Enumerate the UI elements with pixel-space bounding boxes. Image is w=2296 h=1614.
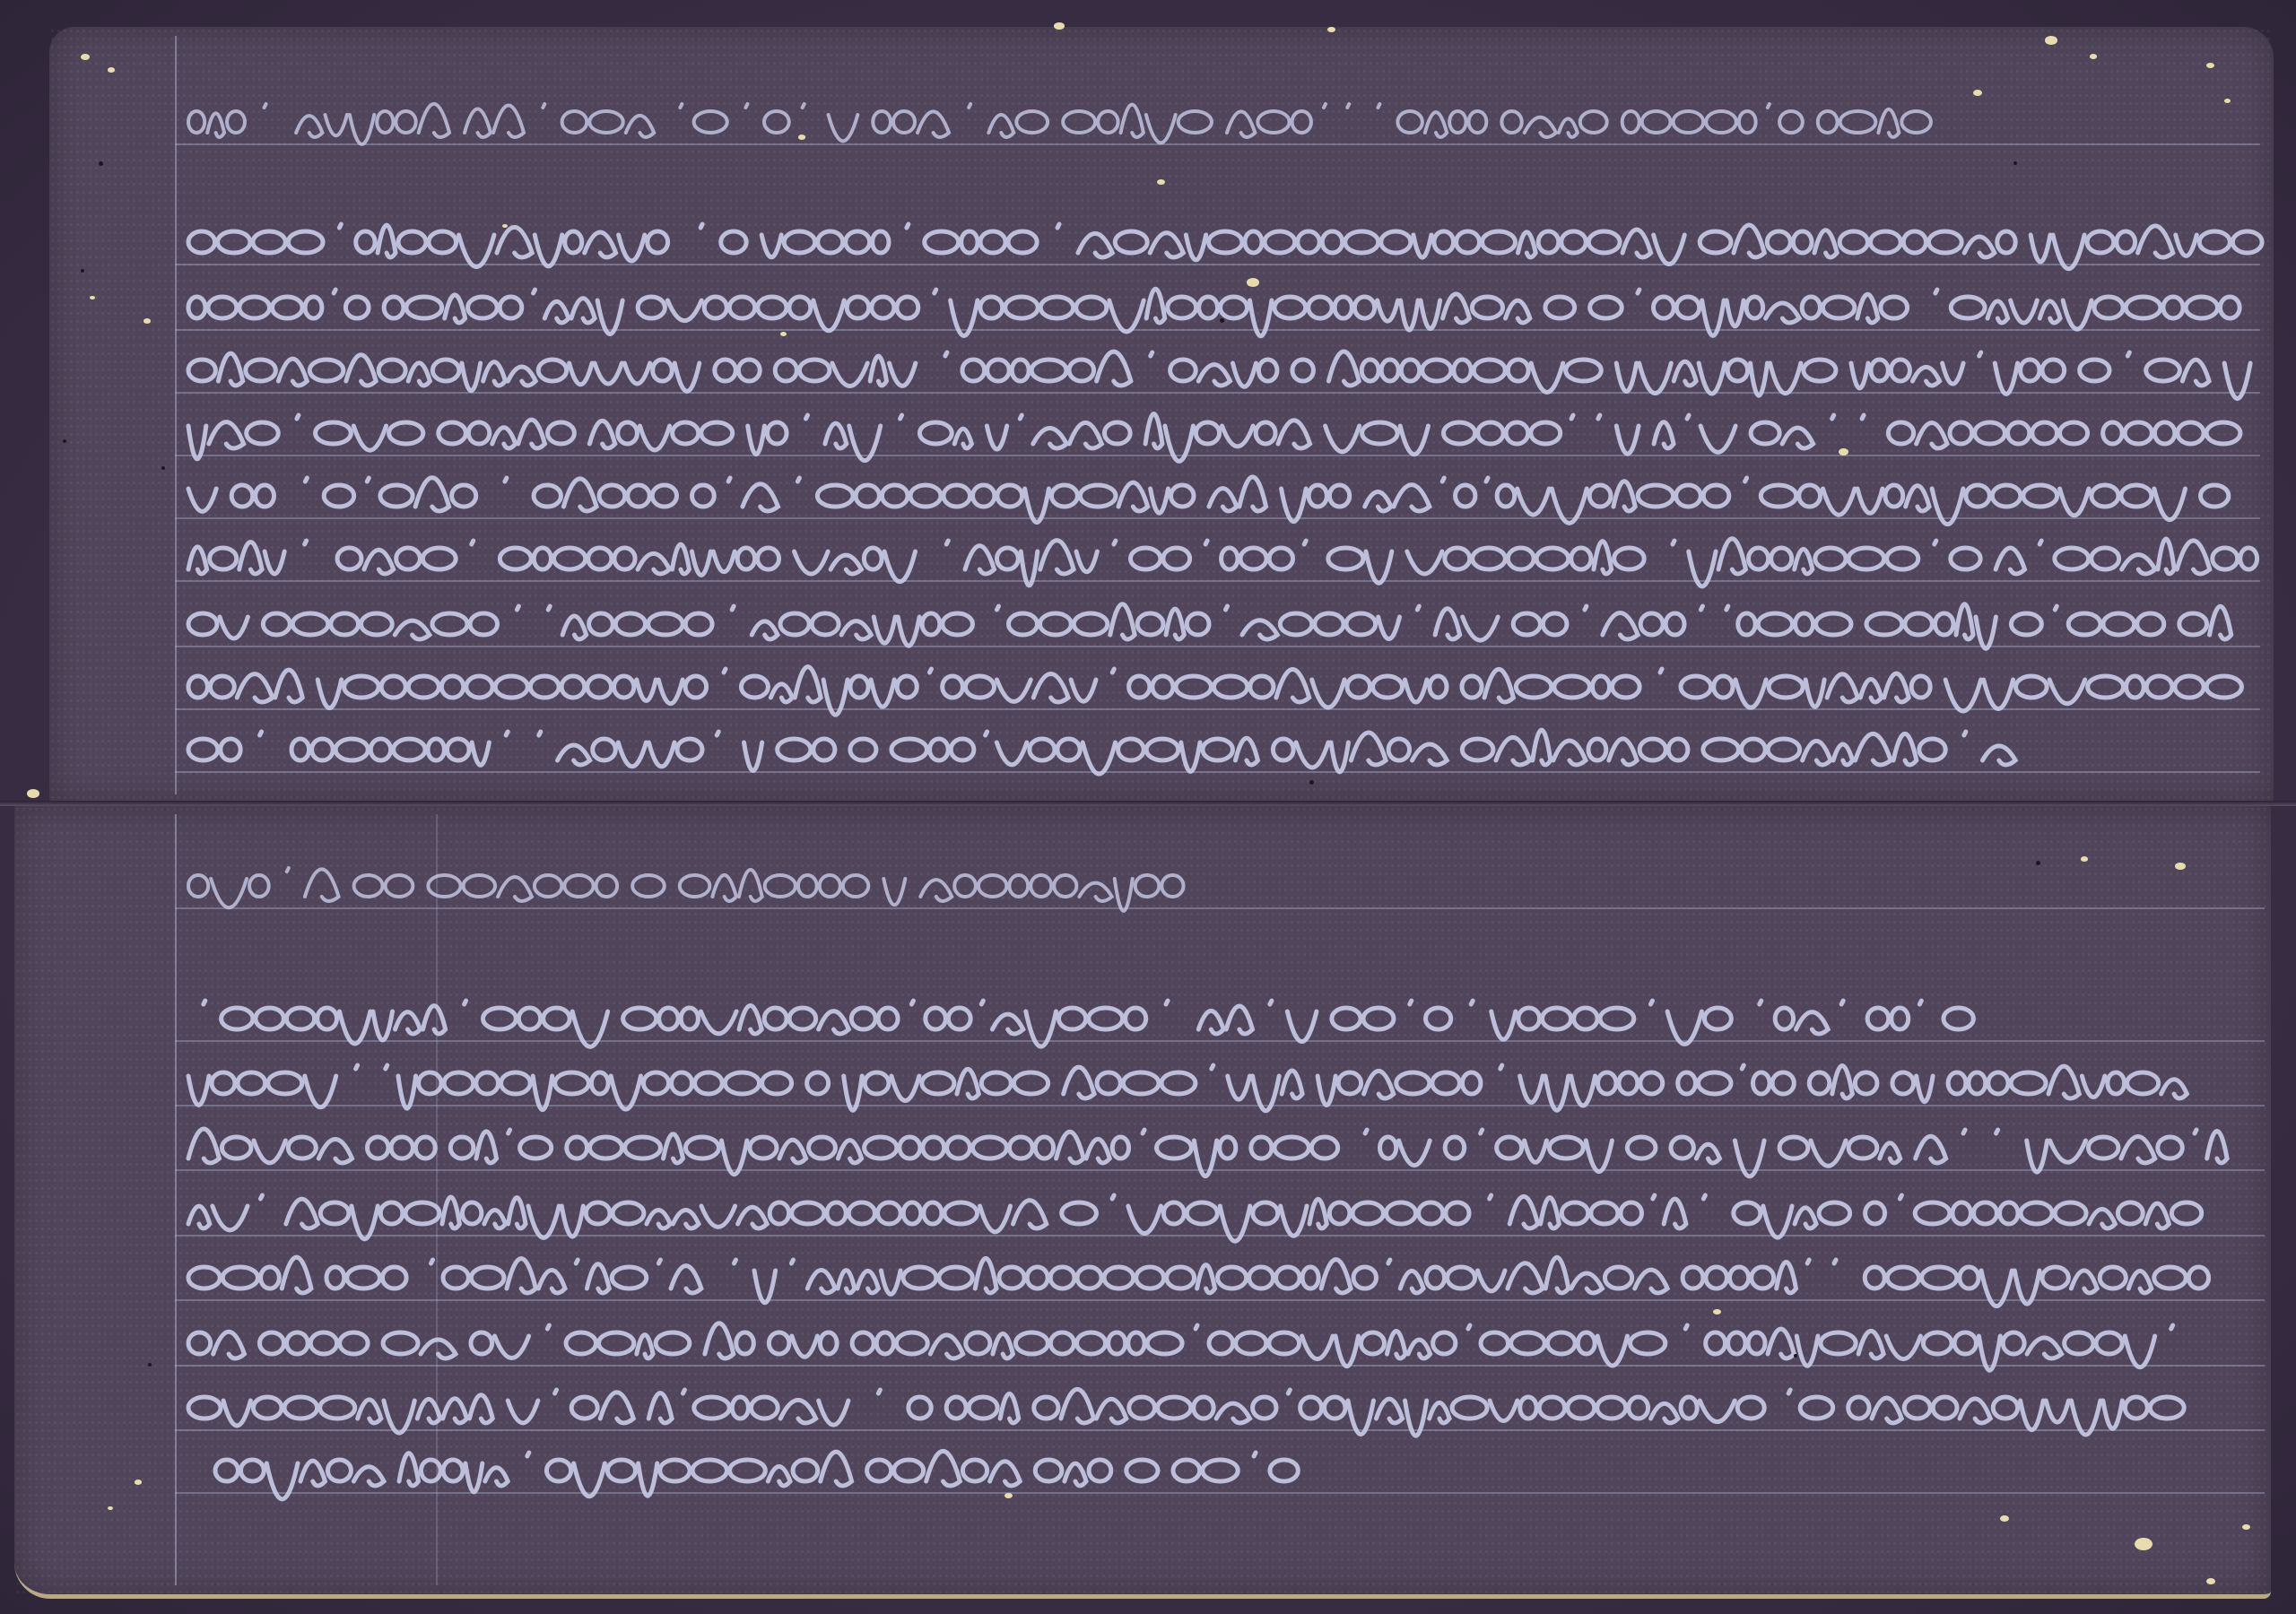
paper-speck xyxy=(2000,1515,2009,1522)
paper-pit xyxy=(1220,318,1224,323)
line-transcription: ဓမ္မကထာ ဝါဒ ပြည်ကြီး သာ ရ ဝ ဆော ရာ ချိုခ… xyxy=(188,532,1756,585)
manuscript-line: ဧကာ ဆိုး ပျံ နဲ့ ရှေ့ ရွာ ဇယ် ကြော်ငြာ ရ… xyxy=(188,462,2242,525)
paper-speck xyxy=(81,54,90,60)
paper-speck xyxy=(2135,1538,2152,1550)
paper-speck xyxy=(798,134,805,140)
line-transcription: ကျော်ကြီး ဘာ နိုင် ဝိ ကြိုး ကြော ဝေမ ရှင… xyxy=(188,859,918,912)
manuscript-line: နိုင်ငံ ကျော် ရှုဆိုး ပြိုင် ရွာ ဥဗန္ဓ ဘ… xyxy=(188,653,2242,716)
paper-pit xyxy=(81,269,84,273)
line-transcription: နိုင်ငံ ပြည်မြို့ တော်သူ ရွာ သောက သည်ပွဲ… xyxy=(188,406,1804,459)
line-transcription: ဘရဇ္ဇာဝီ မယ်တော်ဘုရား ဝါဒ ဆင်ဆိုး ကာရွာ … xyxy=(188,215,1891,268)
manuscript-line: သမင်ကြီး မဟာ ရှုနဲ့ ရာဇ ရဂေါ် ဆုလှမ်း ပု… xyxy=(188,273,2242,336)
line-transcription: သမင်ကြီး မဟာ ရှုနဲ့ ရာဇ ရဂေါ် ဆုလှမ်း ပု… xyxy=(188,281,1970,334)
paper-speck xyxy=(1839,448,1848,456)
paper-pit xyxy=(1309,780,1314,785)
paper-speck xyxy=(2045,36,2057,45)
margin-rule xyxy=(175,36,177,794)
manuscript-line: အကြောင်း ကျော် သော့ ဝွေ့ ဥ ပုဗ္ဗ ကျော် ခ… xyxy=(188,1049,2170,1112)
manuscript-line: မ ပြော် မြိ ပိုဆ ဝပ်ပွဲ လ ပြည့် ကြော်ငြာ… xyxy=(188,590,2242,653)
margin-rule xyxy=(175,814,177,1585)
paper-speck xyxy=(2224,99,2231,103)
paper-pit xyxy=(63,439,66,443)
manuscript-line: သခင် ကြိုး ကာ ဦး ဝတ္တ ဂုဏ်ရှိ ပြုဝိ ဓမ္မ… xyxy=(188,716,1991,778)
line-transcription: မ ပြော် မြိ ပိုဆ ဝပ်ပွဲ လ ပြည့် ကြော်ငြာ… xyxy=(188,597,1795,650)
manuscript-line: ဗေဘာ ဘဘ သဘ ရှုဂါ တော်ကြီး ဖြစ်ငွေ ဖလင် ပ… xyxy=(188,336,2242,399)
line-transcription: သခင် ကြိုး ကာ ဦး ဝတ္တ ဂုဏ်ရှိ ပြုဝိ ဓမ္မ… xyxy=(188,723,1848,776)
line-transcription: အကြောင်း ကျော် သော့ ဝွေ့ ဥ ပုဗ္ဗ ကျော် ခ… xyxy=(188,1056,2092,1109)
manuscript-line: ဝေ ဒွာ ဆ ဝေ ကော မယ် ကျွ ဘ ဆင် ဆိုး ဝင် က… xyxy=(188,1309,2161,1372)
paper-pit xyxy=(2013,161,2017,165)
paper-pit xyxy=(99,161,103,166)
paper-speck xyxy=(2090,54,2097,59)
manuscript-line: ကျွန်ုပ်ကြီး သုဒ္ဓိ ဖြစ် ဝိ ကျွ ဝါ ဗ ဖြစ… xyxy=(188,1374,2179,1436)
line-transcription: နိုင်ငံ ကျော် ရှုဆိုး ပြိုင် ရွာ ဥဗန္ဓ ဘ… xyxy=(188,660,1629,713)
manuscript-line: ဂုဏ်တော် ဓမ္ဗ ပျော် ဝဂ္ဂ ဗုဒ္ဓ ဖြစ် အင် … xyxy=(188,1114,2215,1176)
folio-heading: ကျော်ကြီး ဘာ နိုင် ဝိ ကြိုး ကြော ဝေမ ရှင… xyxy=(188,852,1166,915)
folio-heading: ဝသိုရ ဥတုရာနိုဝမ်ပါ ကျွန်ုပ်ကြီး မြို့သမ… xyxy=(188,88,1910,151)
manuscript-line: ဓမ္မကထာ ဝါဒ ပြည်ကြီး သာ ရ ဝ ဆော ရာ ချိုခ… xyxy=(188,525,2242,587)
line-transcription: စံတော် မြင်း ကျောင်း ကြွား ခုနာ ဝိ ဖြစ် … xyxy=(188,992,1996,1045)
line-transcription: ဝဝါ သော ကြော လျှာ ဝိ ကျော် ကော ဝေ လို အာ… xyxy=(188,1186,1931,1239)
paper-speck xyxy=(2081,856,2088,862)
page-fold xyxy=(0,801,2296,806)
manuscript-line: ဘရဇ္ဇာဝီ မယ်တော်ဘုရား ဝါဒ ဆင်ဆိုး ကာရွာ … xyxy=(188,208,2242,271)
manuscript-line: စံတော် မြင်း ကျောင်း ကြွား ခုနာ ဝိ ဖြစ် … xyxy=(188,985,1946,1047)
manuscript-line: ပုဒ္ဒေး သော ကာ ချစ် သော့ ရှုကျော် ဥဇ္ဇ ဝ… xyxy=(188,1244,2197,1306)
paper-speck xyxy=(2206,1578,2215,1584)
line-transcription: ဝေ ဒွာ ဆ ဝေ ကော မယ် ကျွ ဘ ဆင် ဆိုး ဝင် က… xyxy=(188,1316,1820,1369)
paper-pit xyxy=(148,1363,152,1367)
paper-speck xyxy=(1247,278,1259,287)
paper-pit xyxy=(1794,1354,1797,1358)
line-transcription: ဝသိုရ ဥတုရာနိုဝမ်ပါ ကျွန်ုပ်ကြီး မြို့သမ… xyxy=(188,95,1646,148)
line-transcription: ကျွန်ုပ်ကြီး သုဒ္ဓိ ဖြစ် ဝိ ကျွ ဝါ ဗ ဖြစ… xyxy=(188,1381,1806,1434)
manuscript-line: နိုင်ငံ ပြည်မြို့ တော်သူ ရွာ သောက သည်ပွဲ… xyxy=(188,399,2242,462)
manuscript-line: အကြောင်း ဆို လော ကြွ ဝိ လျှ ပါ ဖြစ် ပုဂ္… xyxy=(215,1436,1300,1499)
paper-speck xyxy=(27,789,39,798)
line-transcription: ဗေဘာ ဘဘ သဘ ရှုဂါ တော်ကြီး ဖြစ်ငွေ ဖလင် ပ… xyxy=(188,343,1858,396)
paper-pit xyxy=(161,466,165,470)
line-transcription: ဧကာ ဆိုး ပျံ နဲ့ ရှေ့ ရွာ ဇယ် ကြော်ငြာ ရ… xyxy=(188,469,1741,522)
line-transcription: အကြောင်း ဆို လော ကြွ ဝိ လျှ ပါ ဖြစ် ပုဂ္… xyxy=(215,1444,891,1497)
manuscript-line: ဝဝါ သော ကြော လျှာ ဝိ ကျော် ကော ဝေ လို အာ… xyxy=(188,1179,2215,1242)
paper-speck xyxy=(1973,90,1982,96)
paper-speck xyxy=(143,318,151,324)
line-transcription: ဂုဏ်တော် ဓမ္ဗ ပျော် ဝဂ္ဂ ဗုဒ္ဓ ဖြစ် အင် … xyxy=(188,1121,1791,1174)
line-transcription: ပုဒ္ဒေး သော ကာ ချစ် သော့ ရှုကျော် ဥဇ္ဇ ဝ… xyxy=(188,1251,1874,1304)
paper-speck xyxy=(780,332,787,336)
paper-speck xyxy=(135,1479,142,1485)
paper-speck xyxy=(108,67,115,73)
paper-pit xyxy=(2036,861,2040,865)
